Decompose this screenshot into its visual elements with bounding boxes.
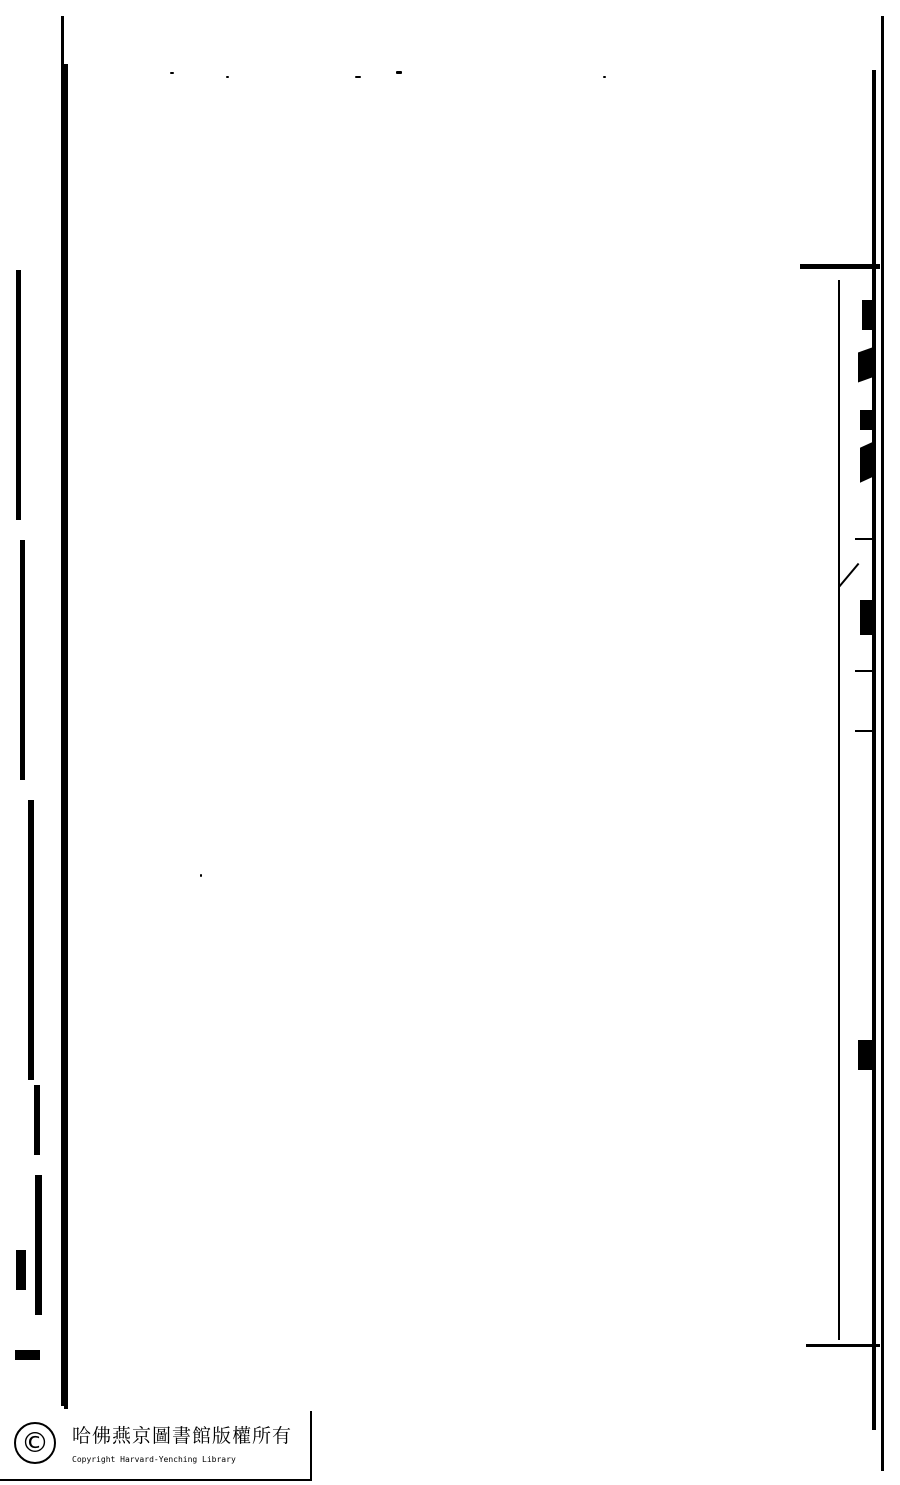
right-column-glyph-fragment <box>860 600 872 635</box>
right-outer-border-line <box>881 16 884 1471</box>
left-margin-fragment <box>15 1350 40 1360</box>
left-margin-fragment <box>16 1250 26 1290</box>
right-column-glyph-fragment <box>860 442 872 483</box>
copyright-stamp: © 哈佛燕京圖書館版權所有 Copyright Harvard-Yenching… <box>0 1411 312 1481</box>
scan-speck <box>355 76 361 78</box>
right-column-glyph-fragment <box>858 1040 872 1070</box>
copyright-english-text: Copyright Harvard-Yenching Library <box>72 1455 236 1464</box>
left-margin-fragment <box>35 1175 42 1315</box>
scan-speck <box>603 76 606 78</box>
copyright-chinese-text: 哈佛燕京圖書館版權所有 <box>72 1421 292 1448</box>
right-column-glyph-fragment <box>855 730 872 732</box>
right-bottom-crossbar <box>806 1344 880 1347</box>
copyright-icon: © <box>14 1422 56 1464</box>
left-margin-fragment <box>20 540 25 780</box>
left-margin-fragment <box>28 800 34 1080</box>
right-column-glyph-fragment <box>855 538 872 540</box>
right-column-glyph-fragment <box>862 300 872 330</box>
scan-speck <box>170 72 174 74</box>
right-border-line <box>872 70 876 1430</box>
left-border-thick-line <box>64 64 68 1409</box>
right-column-glyph-fragment <box>839 563 860 587</box>
left-margin-fragment <box>34 1085 40 1155</box>
right-column-glyph-fragment <box>860 410 872 430</box>
left-margin-fragment <box>16 270 21 520</box>
right-top-crossbar <box>800 264 880 269</box>
scan-speck <box>226 76 229 78</box>
scanned-page: © 哈佛燕京圖書館版權所有 Copyright Harvard-Yenching… <box>0 0 900 1485</box>
scan-speck <box>396 71 402 74</box>
right-column-glyph-fragment <box>855 670 872 672</box>
right-column-glyph-fragment <box>858 347 872 382</box>
right-inner-frame-line <box>838 280 840 1340</box>
scan-speck <box>200 874 202 877</box>
